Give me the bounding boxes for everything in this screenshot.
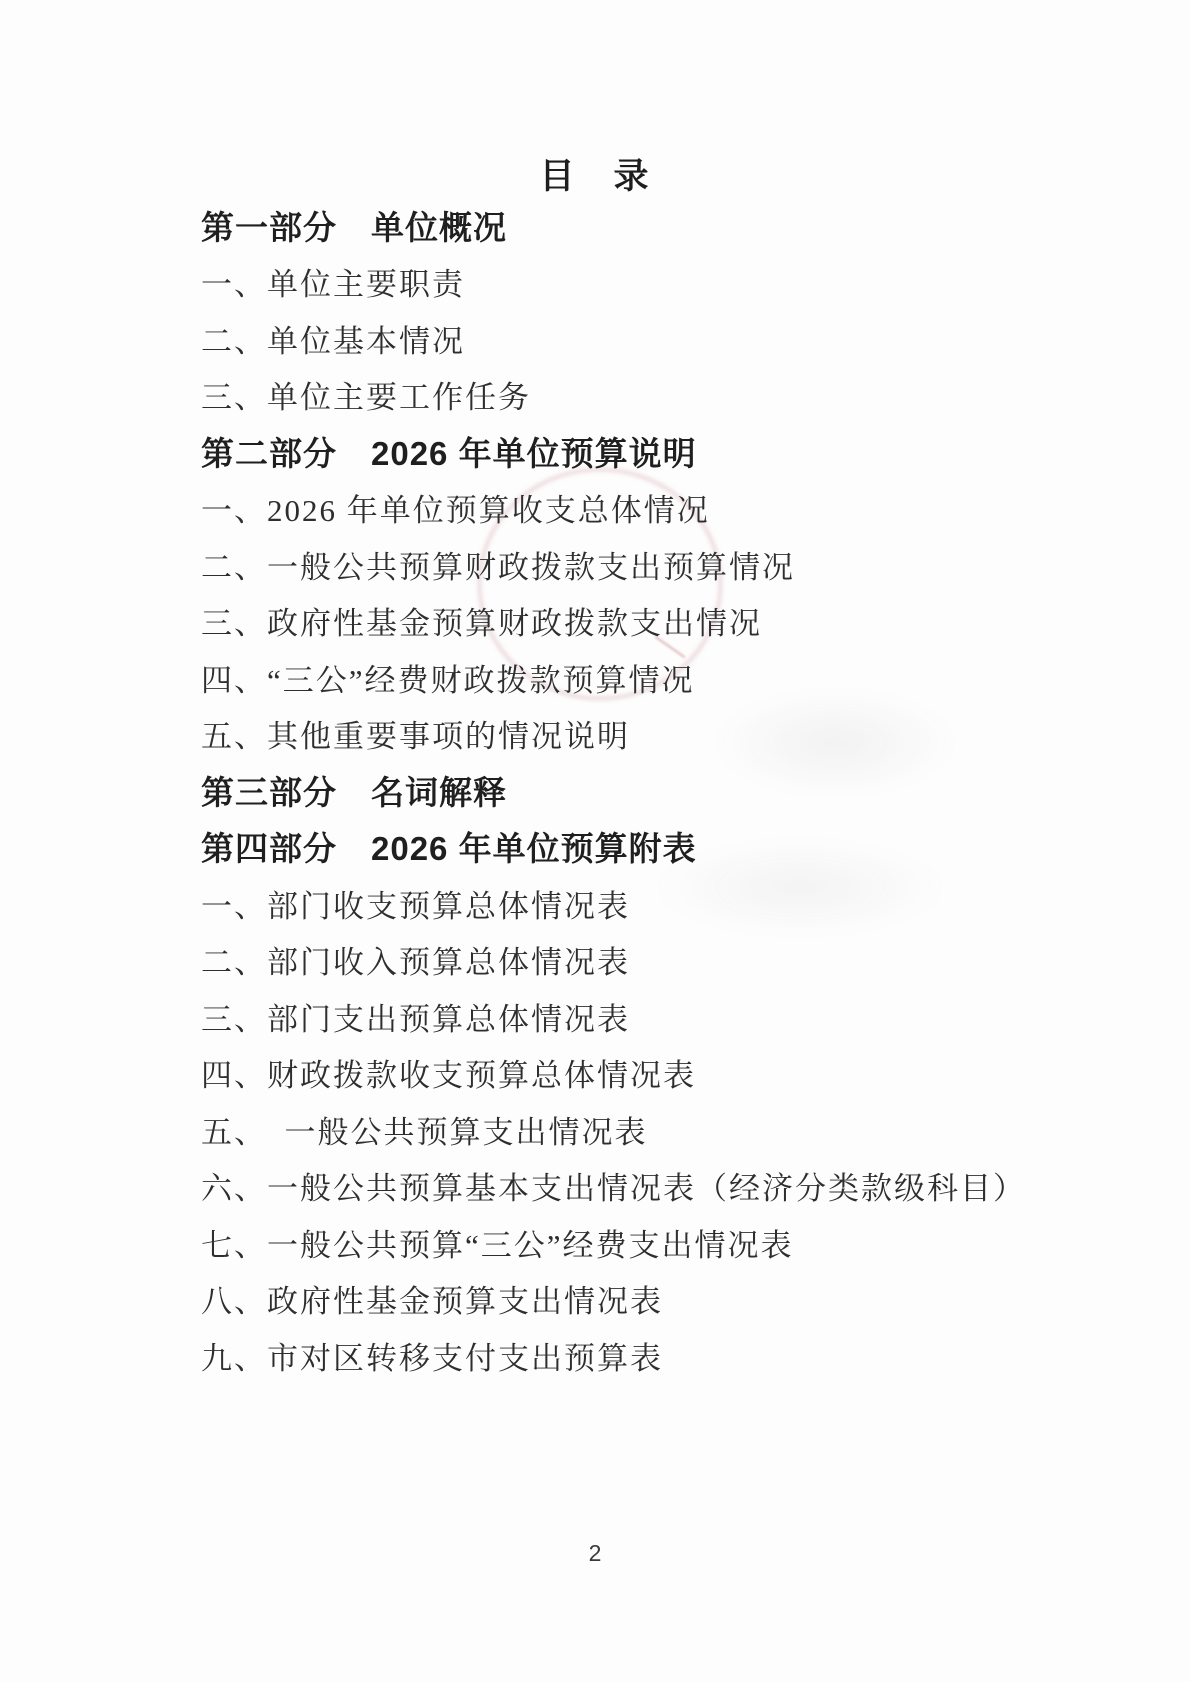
toc-item: 一、2026 年单位预算收支总体情况: [201, 480, 1121, 537]
toc-part-heading: 第三部分 名词解释: [201, 762, 1121, 819]
toc-item: 四、“三公”经费财政拨款预算情况: [201, 649, 1121, 706]
toc-item: 一、部门收支预算总体情况表: [201, 875, 1121, 932]
toc-item: 八、政府性基金预算支出情况表: [201, 1271, 1121, 1328]
toc-part-heading: 第四部分 2026 年单位预算附表: [201, 819, 1121, 876]
toc-part-heading: 第二部分 2026 年单位预算说明: [201, 423, 1121, 480]
toc-item: 三、政府性基金预算财政拨款支出情况: [201, 593, 1121, 650]
toc-item: 三、单位主要工作任务: [201, 367, 1121, 424]
toc-item: 四、财政拨款收支预算总体情况表: [201, 1045, 1121, 1102]
toc-item: 二、单位基本情况: [201, 310, 1121, 367]
toc-item: 二、部门收入预算总体情况表: [201, 932, 1121, 989]
toc-item: 二、一般公共预算财政拨款支出预算情况: [201, 536, 1121, 593]
toc-item: 七、一般公共预算“三公”经费支出情况表: [201, 1214, 1121, 1271]
page-title: 目 录: [0, 149, 1190, 199]
toc-part-heading: 第一部分 单位概况: [201, 197, 1121, 254]
toc-item: 九、市对区转移支付支出预算表: [201, 1327, 1121, 1384]
toc-item: 六、一般公共预算基本支出情况表（经济分类款级科目）: [201, 1158, 1121, 1215]
toc-list: 第一部分 单位概况一、单位主要职责二、单位基本情况三、单位主要工作任务第二部分 …: [201, 197, 1121, 1384]
toc-item: 一、单位主要职责: [201, 254, 1121, 311]
toc-item: 三、部门支出预算总体情况表: [201, 988, 1121, 1045]
document-page: 目 录 第一部分 单位概况一、单位主要职责二、单位基本情况三、单位主要工作任务第…: [0, 0, 1190, 1682]
page-number: 2: [0, 1540, 1190, 1567]
toc-item: 五、 一般公共预算支出情况表: [201, 1101, 1121, 1158]
toc-item: 五、其他重要事项的情况说明: [201, 706, 1121, 763]
